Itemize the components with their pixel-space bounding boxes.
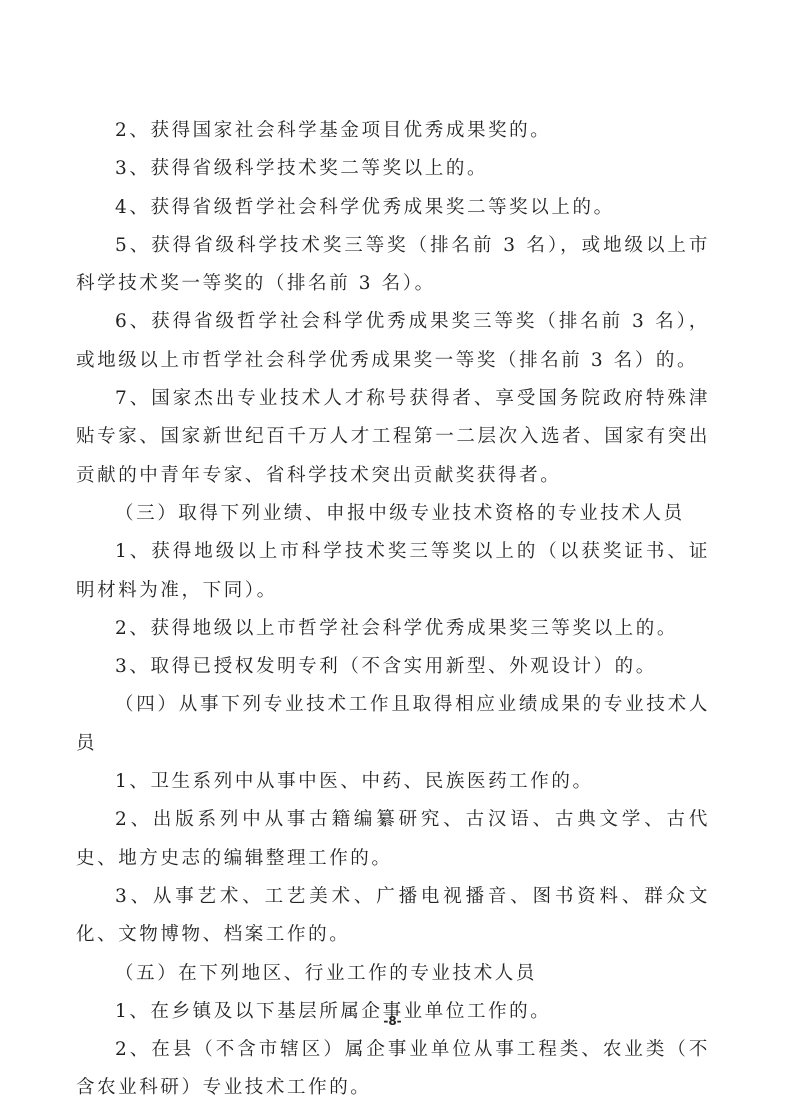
paragraph-item-5-2: 2、在县（不含市辖区）属企事业单位从事工程类、农业类（不含农业科研）专业技术工作… — [76, 1031, 710, 1108]
document-body: 2、获得国家社会科学基金项目优秀成果奖的。 3、获得省级科学技术奖二等奖以上的。… — [76, 112, 710, 1108]
page-number: -8- — [0, 1014, 785, 1028]
paragraph-item-3-2: 2、获得地级以上市哲学社会科学优秀成果奖三等奖以上的。 — [76, 610, 710, 648]
paragraph-item-7: 7、国家杰出专业技术人才称号获得者、享受国务院政府特殊津贴专家、国家新世纪百千万… — [76, 380, 710, 495]
paragraph-item-3-3: 3、取得已授权发明专利（不含实用新型、外观设计）的。 — [76, 648, 710, 686]
paragraph-item-5: 5、获得省级科学技术奖三等奖（排名前 3 名），或地级以上市科学技术奖一等奖的（… — [76, 227, 710, 304]
paragraph-item-4-1: 1、卫生系列中从事中医、中药、民族医药工作的。 — [76, 763, 710, 801]
document-page: 2、获得国家社会科学基金项目优秀成果奖的。 3、获得省级科学技术奖二等奖以上的。… — [0, 0, 785, 1111]
paragraph-item-4: 4、获得省级哲学社会科学优秀成果奖二等奖以上的。 — [76, 189, 710, 227]
section-heading-5: （五）在下列地区、行业工作的专业技术人员 — [76, 955, 710, 993]
paragraph-item-2: 2、获得国家社会科学基金项目优秀成果奖的。 — [76, 112, 710, 150]
paragraph-item-4-2: 2、出版系列中从事古籍编纂研究、古汉语、古典文学、古代史、地方史志的编辑整理工作… — [76, 801, 710, 878]
paragraph-item-3-1: 1、获得地级以上市科学技术奖三等奖以上的（以获奖证书、证明材料为准，下同）。 — [76, 533, 710, 610]
paragraph-item-3: 3、获得省级科学技术奖二等奖以上的。 — [76, 150, 710, 188]
section-heading-4: （四）从事下列专业技术工作且取得相应业绩成果的专业技术人员 — [76, 686, 710, 763]
paragraph-item-4-3: 3、从事艺术、工艺美术、广播电视播音、图书资料、群众文化、文物博物、档案工作的。 — [76, 878, 710, 955]
section-heading-3: （三）取得下列业绩、申报中级专业技术资格的专业技术人员 — [76, 495, 710, 533]
paragraph-item-6: 6、获得省级哲学社会科学优秀成果奖三等奖（排名前 3 名），或地级以上市哲学社会… — [76, 303, 710, 380]
